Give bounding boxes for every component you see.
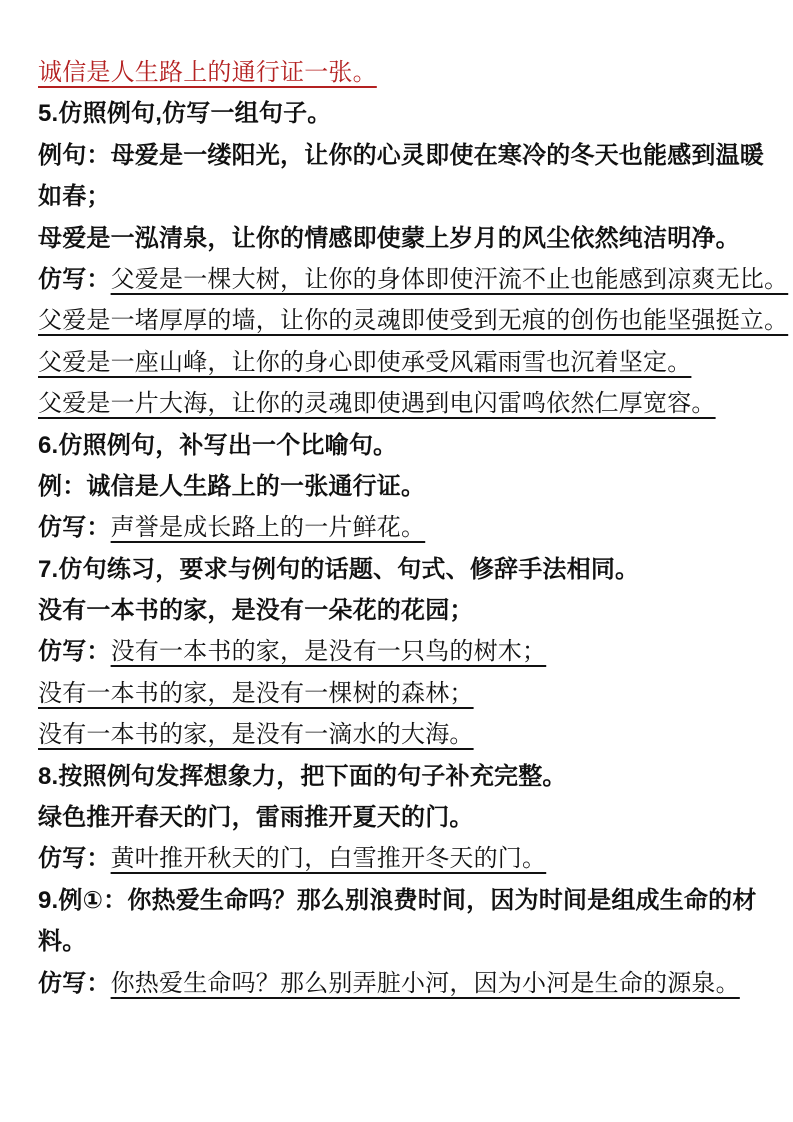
question-7-answer-line-2-seg-0: 没有一本书的家，是没有一棵树的森林； — [38, 680, 474, 707]
question-7-prompt-seg-0: 7.仿句练习，要求与例句的话题、句式、修辞手法相同。 — [38, 556, 639, 583]
question-5-answer-line-4-seg-0: 父爱是一片大海，让你的灵魂即使遇到电闪雷鸣依然仁厚宽容。 — [38, 390, 716, 417]
question-6-answer-seg-0: 仿写： — [38, 514, 111, 541]
question-5-answer-line-3-seg-0: 父爱是一座山峰，让你的身心即使承受风霜雨雪也沉着坚定。 — [38, 349, 691, 376]
question-6-answer-seg-1: 声誉是成长路上的一片鲜花。 — [111, 514, 426, 541]
answer-line-honesty-red: 诚信是人生路上的通行证一张。 — [38, 52, 775, 93]
question-5-example-line-1-seg-0: 例句：母爱是一缕阳光，让你的心灵即使在寒冷的冬天也能感到温暖 — [38, 142, 764, 169]
question-5-prompt-seg-0: 5.仿照例句,仿写一组句子。 — [38, 100, 331, 127]
question-7-answer-line-1-seg-0: 仿写： — [38, 638, 111, 665]
question-9-example-line-1: 9.例①：你热爱生命吗？那么别浪费时间，因为时间是组成生命的材 — [38, 880, 775, 921]
document-page: 诚信是人生路上的通行证一张。5.仿照例句,仿写一组句子。例句：母爱是一缕阳光，让… — [0, 0, 793, 1122]
question-8-answer-seg-1: 黄叶推开秋天的门，白雪推开冬天的门。 — [111, 845, 547, 872]
question-9-answer: 仿写：你热爱生命吗？那么别弄脏小河，因为小河是生命的源泉。 — [38, 963, 775, 1004]
question-7-answer-line-1-seg-1: 没有一本书的家，是没有一只鸟的树木； — [111, 638, 547, 665]
question-7-example: 没有一本书的家，是没有一朵花的花园； — [38, 590, 775, 631]
question-5-answer-line-3: 父爱是一座山峰，让你的身心即使承受风霜雨雪也沉着坚定。 — [38, 342, 775, 383]
question-8-example: 绿色推开春天的门，雷雨推开夏天的门。 — [38, 797, 775, 838]
question-6-prompt: 6.仿照例句，补写出一个比喻句。 — [38, 425, 775, 466]
question-5-answer-line-4: 父爱是一片大海，让你的灵魂即使遇到电闪雷鸣依然仁厚宽容。 — [38, 383, 775, 424]
document-body: 诚信是人生路上的通行证一张。5.仿照例句,仿写一组句子。例句：母爱是一缕阳光，让… — [38, 52, 775, 1004]
question-5-answer-line-1: 仿写：父爱是一棵大树，让你的身体即使汗流不止也能感到凉爽无比。 — [38, 259, 775, 300]
question-6-answer: 仿写：声誉是成长路上的一片鲜花。 — [38, 507, 775, 548]
question-5-prompt: 5.仿照例句,仿写一组句子。 — [38, 93, 775, 134]
question-8-prompt-seg-0: 8.按照例句发挥想象力，把下面的句子补充完整。 — [38, 763, 567, 790]
question-9-example-line-2-seg-0: 料。 — [38, 928, 86, 955]
question-7-example-seg-0: 没有一本书的家，是没有一朵花的花园； — [38, 597, 474, 624]
question-9-example-line-2: 料。 — [38, 921, 775, 962]
question-5-example-line-2: 如春； — [38, 176, 775, 217]
question-9-example-line-1-seg-0: 9.例①：你热爱生命吗？那么别浪费时间，因为时间是组成生命的材 — [38, 887, 757, 914]
question-5-answer-line-1-seg-1: 父爱是一棵大树，让你的身体即使汗流不止也能感到凉爽无比。 — [111, 266, 789, 293]
question-5-answer-line-1-seg-0: 仿写： — [38, 266, 111, 293]
question-7-answer-line-2: 没有一本书的家，是没有一棵树的森林； — [38, 673, 775, 714]
question-8-answer-seg-0: 仿写： — [38, 845, 111, 872]
question-6-prompt-seg-0: 6.仿照例句，补写出一个比喻句。 — [38, 432, 397, 459]
question-5-example-line-3: 母爱是一泓清泉，让你的情感即使蒙上岁月的风尘依然纯洁明净。 — [38, 218, 775, 259]
question-8-answer: 仿写：黄叶推开秋天的门，白雪推开冬天的门。 — [38, 838, 775, 879]
question-9-answer-seg-0: 仿写： — [38, 970, 111, 997]
question-5-example-line-2-seg-0: 如春； — [38, 183, 111, 210]
question-7-answer-line-3-seg-0: 没有一本书的家，是没有一滴水的大海。 — [38, 721, 474, 748]
question-5-example-line-3-seg-0: 母爱是一泓清泉，让你的情感即使蒙上岁月的风尘依然纯洁明净。 — [38, 225, 740, 252]
question-6-example-seg-0: 例：诚信是人生路上的一张通行证。 — [38, 473, 425, 500]
question-7-prompt: 7.仿句练习，要求与例句的话题、句式、修辞手法相同。 — [38, 549, 775, 590]
question-5-answer-line-2-seg-0: 父爱是一堵厚厚的墙，让你的灵魂即使受到无痕的创伤也能坚强挺立。 — [38, 307, 788, 334]
question-5-answer-line-2: 父爱是一堵厚厚的墙，让你的灵魂即使受到无痕的创伤也能坚强挺立。 — [38, 300, 775, 341]
question-7-answer-line-1: 仿写：没有一本书的家，是没有一只鸟的树木； — [38, 631, 775, 672]
question-7-answer-line-3: 没有一本书的家，是没有一滴水的大海。 — [38, 714, 775, 755]
question-9-answer-seg-1: 你热爱生命吗？那么别弄脏小河，因为小河是生命的源泉。 — [111, 970, 740, 997]
question-8-example-seg-0: 绿色推开春天的门，雷雨推开夏天的门。 — [38, 804, 474, 831]
question-5-example-line-1: 例句：母爱是一缕阳光，让你的心灵即使在寒冷的冬天也能感到温暖 — [38, 135, 775, 176]
answer-line-honesty-red-seg-0: 诚信是人生路上的通行证一张。 — [38, 59, 377, 86]
question-6-example: 例：诚信是人生路上的一张通行证。 — [38, 466, 775, 507]
question-8-prompt: 8.按照例句发挥想象力，把下面的句子补充完整。 — [38, 756, 775, 797]
